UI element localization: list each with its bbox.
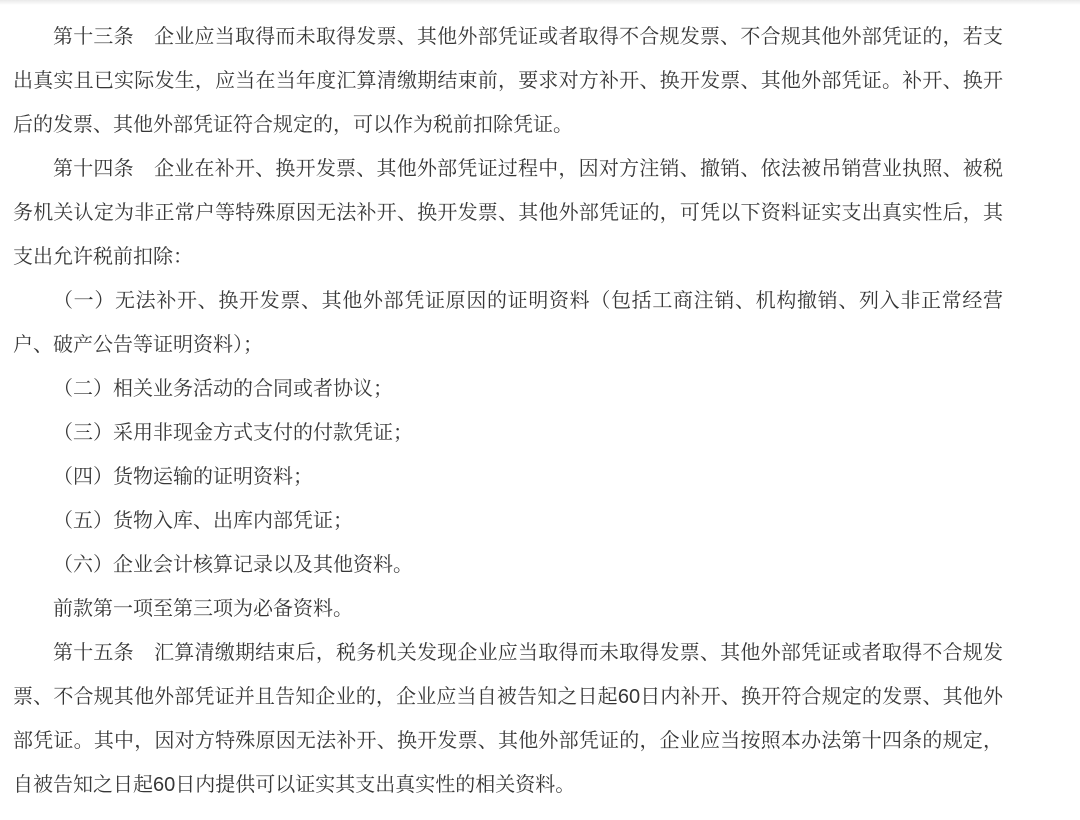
- list-item-5: （五）货物入库、出库内部凭证；: [13, 499, 1003, 543]
- article-body: 第十三条 企业应当取得而未取得发票、其他外部凭证或者取得不合规发票、不合规其他外…: [13, 0, 1003, 807]
- list-item-6: （六）企业会计核算记录以及其他资料。: [13, 543, 1003, 587]
- list-item-3: （三）采用非现金方式支付的付款凭证；: [13, 411, 1003, 455]
- paragraph-article-14: 第十四条 企业在补开、换开发票、其他外部凭证过程中，因对方注销、撤销、依法被吊销…: [13, 147, 1003, 279]
- paragraph-required-note: 前款第一项至第三项为必备资料。: [13, 587, 1003, 631]
- list-item-4: （四）货物运输的证明资料；: [13, 455, 1003, 499]
- list-item-2: （二）相关业务活动的合同或者协议；: [13, 367, 1003, 411]
- paragraph-article-13: 第十三条 企业应当取得而未取得发票、其他外部凭证或者取得不合规发票、不合规其他外…: [13, 15, 1003, 147]
- paragraph-article-15: 第十五条 汇算清缴期结束后，税务机关发现企业应当取得而未取得发票、其他外部凭证或…: [13, 631, 1003, 807]
- list-item-1: （一）无法补开、换开发票、其他外部凭证原因的证明资料（包括工商注销、机构撤销、列…: [13, 279, 1003, 367]
